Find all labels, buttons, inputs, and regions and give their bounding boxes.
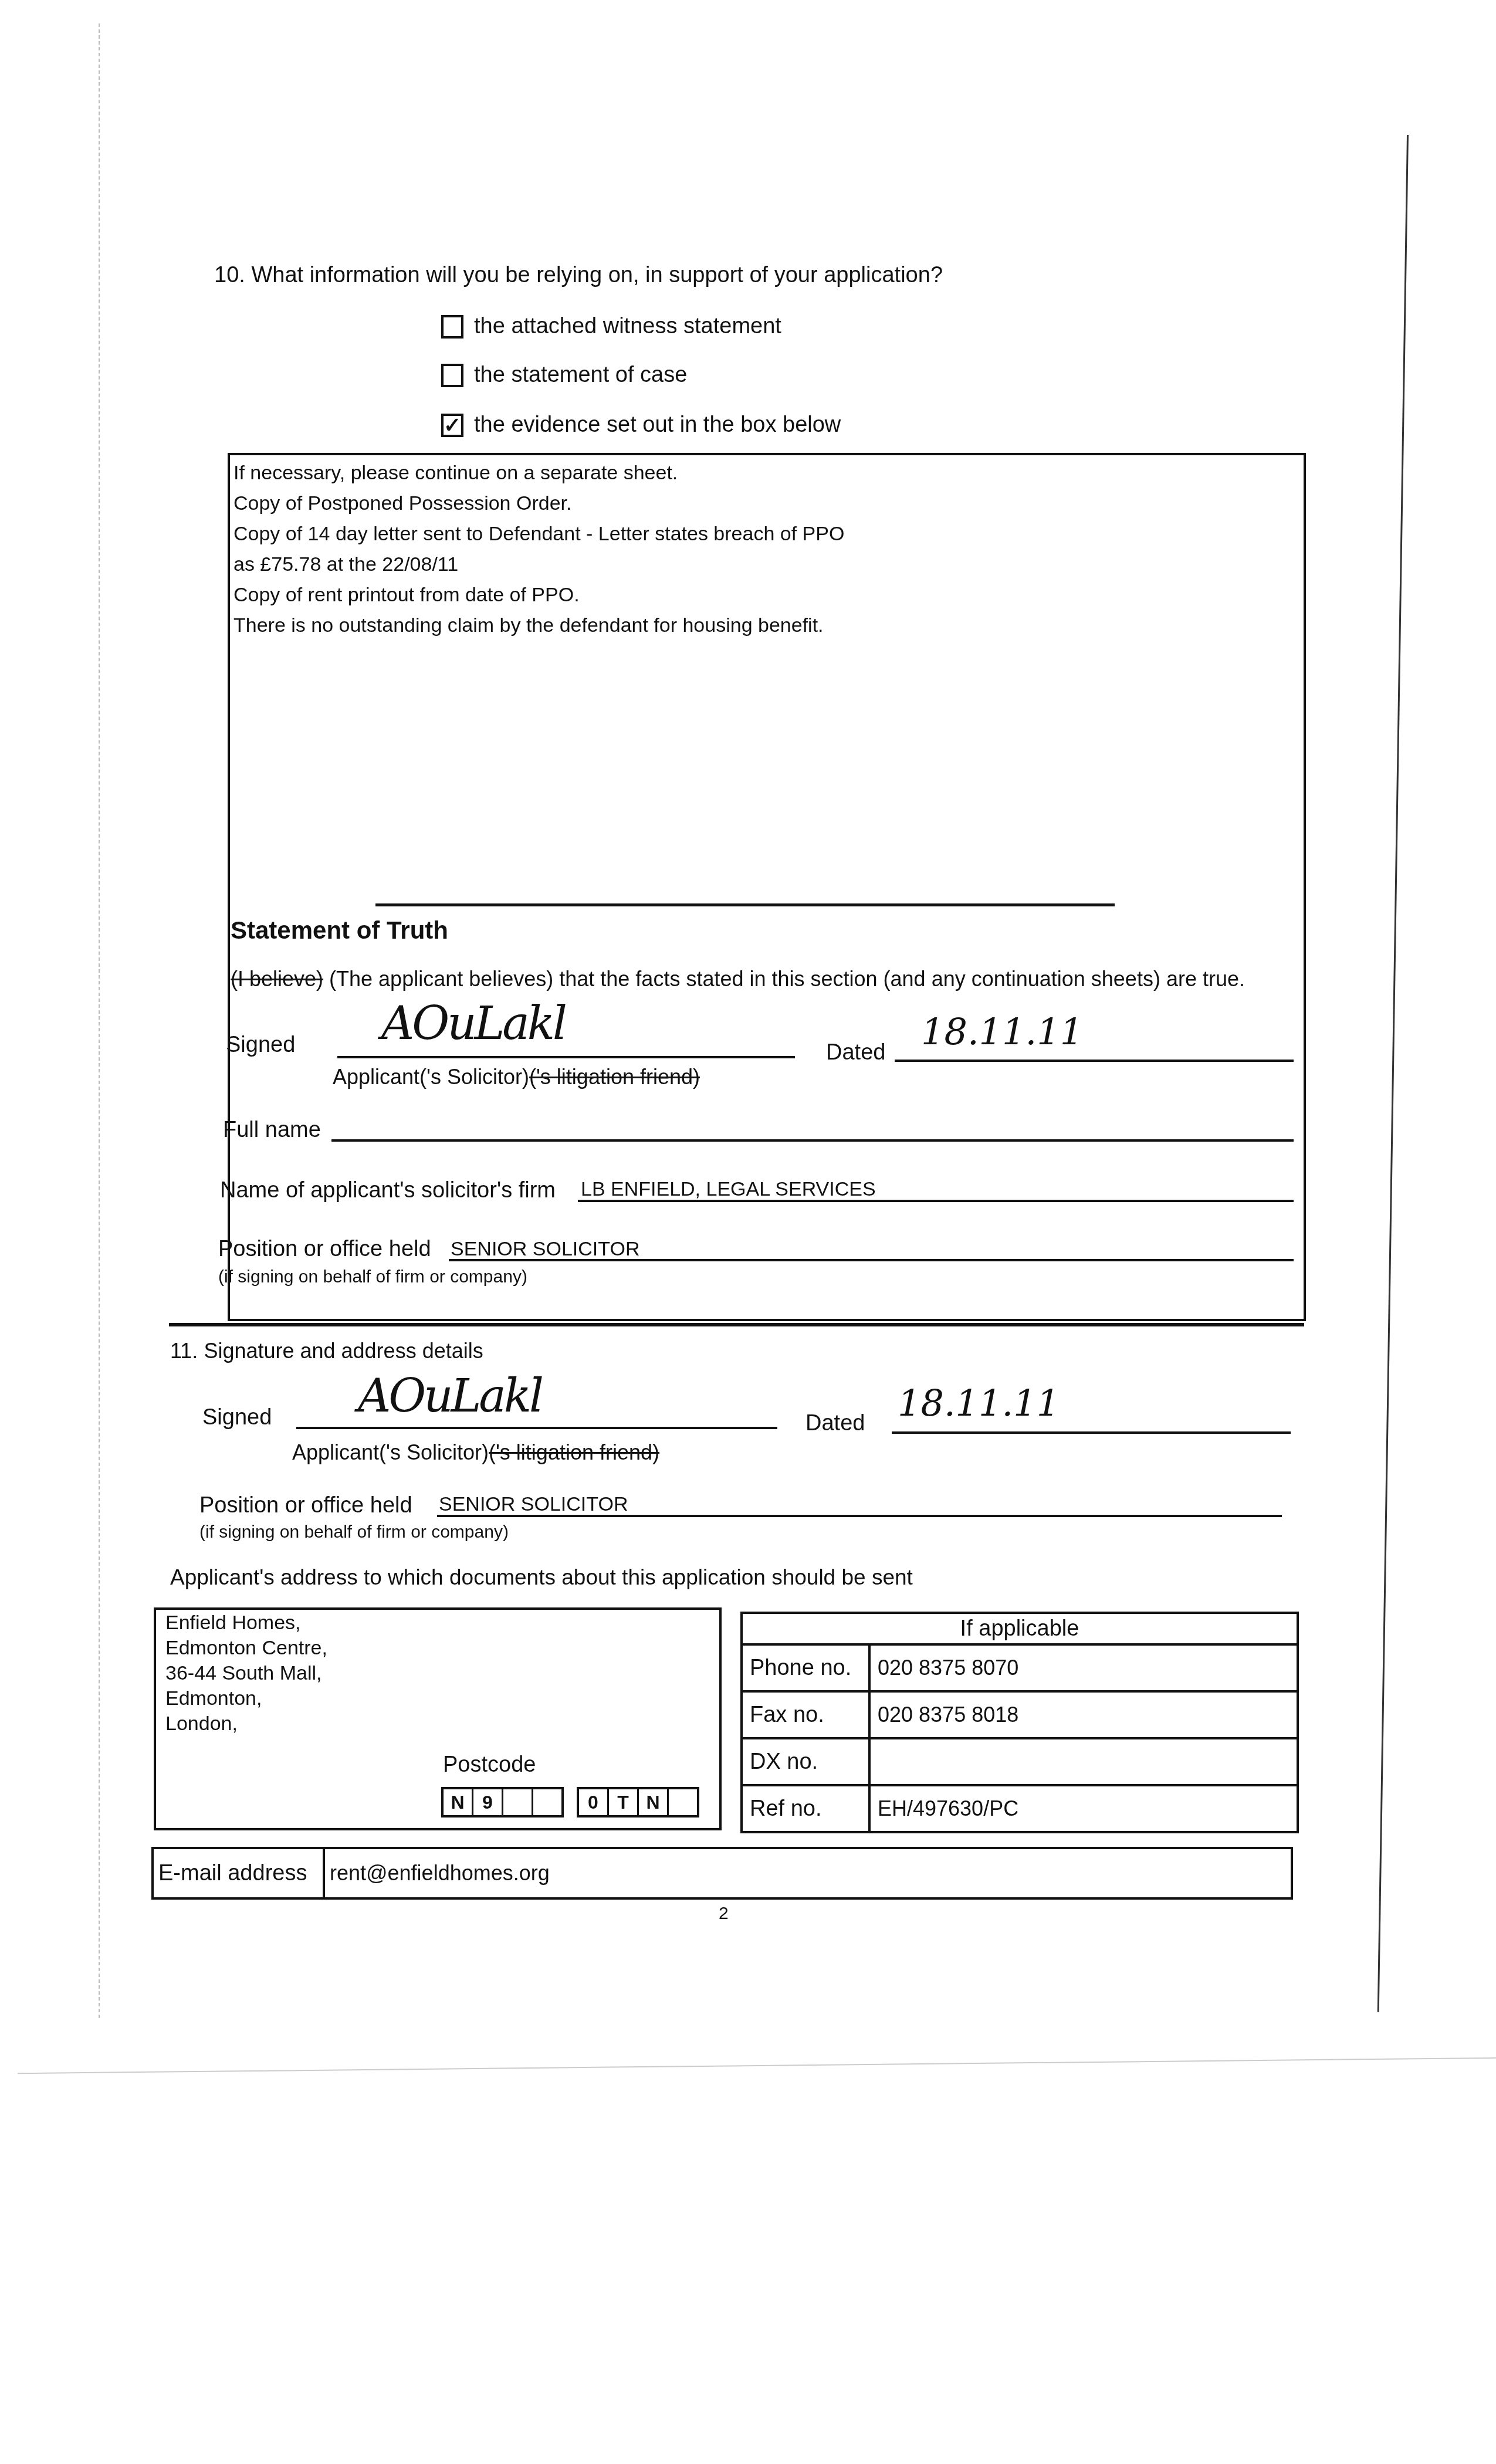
full-name-line (331, 1139, 1294, 1142)
page-bottom-edge (18, 2057, 1496, 2074)
ref-label: Ref no. (742, 1785, 869, 1832)
postcode-outward[interactable]: N 9 (441, 1787, 564, 1817)
checkbox-witness-statement[interactable] (441, 315, 463, 339)
position-value: SENIOR SOLICITOR (439, 1493, 628, 1516)
signature: AOuLakl (381, 997, 565, 1050)
section-10-question: 10. What information will you be relying… (214, 263, 943, 288)
evidence-line: There is no outstanding claim by the def… (233, 610, 844, 641)
postcode-cell[interactable] (503, 1789, 533, 1815)
postcode-cell[interactable]: T (609, 1789, 639, 1815)
option-evidence-box[interactable]: ✓ the evidence set out in the box below (441, 412, 841, 438)
role-text: Applicant('s Solicitor) (292, 1440, 489, 1464)
role-label: Applicant('s Solicitor)('s litigation fr… (333, 1065, 700, 1089)
statement-text: (The applicant believes) that the facts … (323, 967, 1245, 991)
fax-value[interactable]: 020 8375 8018 (869, 1691, 1298, 1738)
statement-of-truth-text: (I believe) (The applicant believes) tha… (231, 967, 1245, 991)
address-line: Edmonton, (165, 1686, 327, 1711)
position-label: Position or office held (199, 1493, 412, 1518)
option-statement-of-case[interactable]: the statement of case (441, 363, 687, 388)
signature-line (337, 1056, 795, 1058)
position-note: (if signing on behalf of firm or company… (199, 1522, 509, 1542)
struck-text: ('s litigation friend) (489, 1440, 659, 1464)
statement-of-truth-title: Statement of Truth (231, 916, 448, 945)
signed-label: Signed (226, 1033, 295, 1058)
role-text: Applicant('s Solicitor) (333, 1065, 529, 1089)
struck-text: (I believe) (231, 967, 323, 991)
date-value: 18.11.11 (921, 1010, 1083, 1053)
address-line: 36-44 South Mall, (165, 1661, 327, 1686)
address-line: London, (165, 1711, 327, 1737)
postcode-cell[interactable]: N (444, 1789, 473, 1815)
postcode-cell[interactable]: 0 (579, 1789, 609, 1815)
scan-edge-left (99, 23, 101, 2018)
section-divider (169, 1323, 1304, 1326)
section-11-title: 11. Signature and address details (170, 1339, 483, 1363)
position-value: SENIOR SOLICITOR (451, 1238, 639, 1261)
scan-edge-right (1377, 135, 1409, 2012)
email-value[interactable]: rent@enfieldhomes.org (324, 1848, 1292, 1898)
phone-label: Phone no. (742, 1644, 869, 1691)
address-text: Enfield Homes, Edmonton Centre, 36-44 So… (165, 1610, 327, 1737)
address-line: Enfield Homes, (165, 1610, 327, 1636)
date-value: 18.11.11 (898, 1382, 1060, 1424)
date-line (895, 1060, 1294, 1062)
firm-value: LB ENFIELD, LEGAL SERVICES (581, 1178, 876, 1201)
postcode-cell[interactable] (669, 1789, 697, 1815)
evidence-line: as £75.78 at the 22/08/11 (233, 549, 844, 580)
page-number: 2 (719, 1904, 729, 1924)
evidence-line: Copy of 14 day letter sent to Defendant … (233, 519, 844, 549)
evidence-text: If necessary, please continue on a separ… (233, 458, 844, 641)
checkbox-evidence-box[interactable]: ✓ (441, 414, 463, 437)
evidence-line: Copy of Postponed Possession Order. (233, 488, 844, 519)
postcode-cell[interactable] (533, 1789, 561, 1815)
address-heading: Applicant's address to which documents a… (170, 1565, 913, 1590)
postcode-label: Postcode (443, 1752, 536, 1778)
contact-table: If applicable Phone no. 020 8375 8070 Fa… (740, 1612, 1299, 1833)
position-label: Position or office held (218, 1237, 431, 1262)
role-label: Applicant('s Solicitor)('s litigation fr… (292, 1440, 659, 1465)
signature: AOuLakl (358, 1370, 541, 1423)
fax-label: Fax no. (742, 1691, 869, 1738)
firm-label: Name of applicant's solicitor's firm (220, 1178, 556, 1203)
table-row: DX no. (742, 1738, 1298, 1785)
contact-heading: If applicable (742, 1613, 1298, 1644)
dated-label: Dated (805, 1411, 865, 1436)
postcode-cell[interactable]: N (639, 1789, 669, 1815)
address-line: Edmonton Centre, (165, 1636, 327, 1661)
evidence-line: If necessary, please continue on a separ… (233, 458, 844, 488)
signed-label: Signed (202, 1405, 272, 1430)
email-table: E-mail address rent@enfieldhomes.org (151, 1847, 1293, 1900)
phone-value[interactable]: 020 8375 8070 (869, 1644, 1298, 1691)
table-row: Fax no. 020 8375 8018 (742, 1691, 1298, 1738)
date-line (892, 1431, 1291, 1434)
option-witness-statement[interactable]: the attached witness statement (441, 314, 781, 339)
dated-label: Dated (826, 1040, 885, 1065)
divider (375, 903, 1115, 906)
full-name-label: Full name (223, 1118, 321, 1143)
postcode-inward[interactable]: 0 T N (577, 1787, 699, 1817)
checkbox-statement-of-case[interactable] (441, 364, 463, 387)
signature-line (296, 1427, 777, 1429)
struck-text: ('s litigation friend) (529, 1065, 700, 1089)
table-row: Ref no. EH/497630/PC (742, 1785, 1298, 1832)
dx-label: DX no. (742, 1738, 869, 1785)
table-row: Phone no. 020 8375 8070 (742, 1644, 1298, 1691)
position-note: (if signing on behalf of firm or company… (218, 1267, 527, 1287)
email-label: E-mail address (153, 1848, 324, 1898)
option-label: the evidence set out in the box below (474, 412, 841, 438)
option-label: the attached witness statement (474, 314, 781, 339)
dx-value[interactable] (869, 1738, 1298, 1785)
option-label: the statement of case (474, 363, 687, 388)
postcode-cell[interactable]: 9 (473, 1789, 503, 1815)
ref-value[interactable]: EH/497630/PC (869, 1785, 1298, 1832)
evidence-line: Copy of rent printout from date of PPO. (233, 580, 844, 610)
